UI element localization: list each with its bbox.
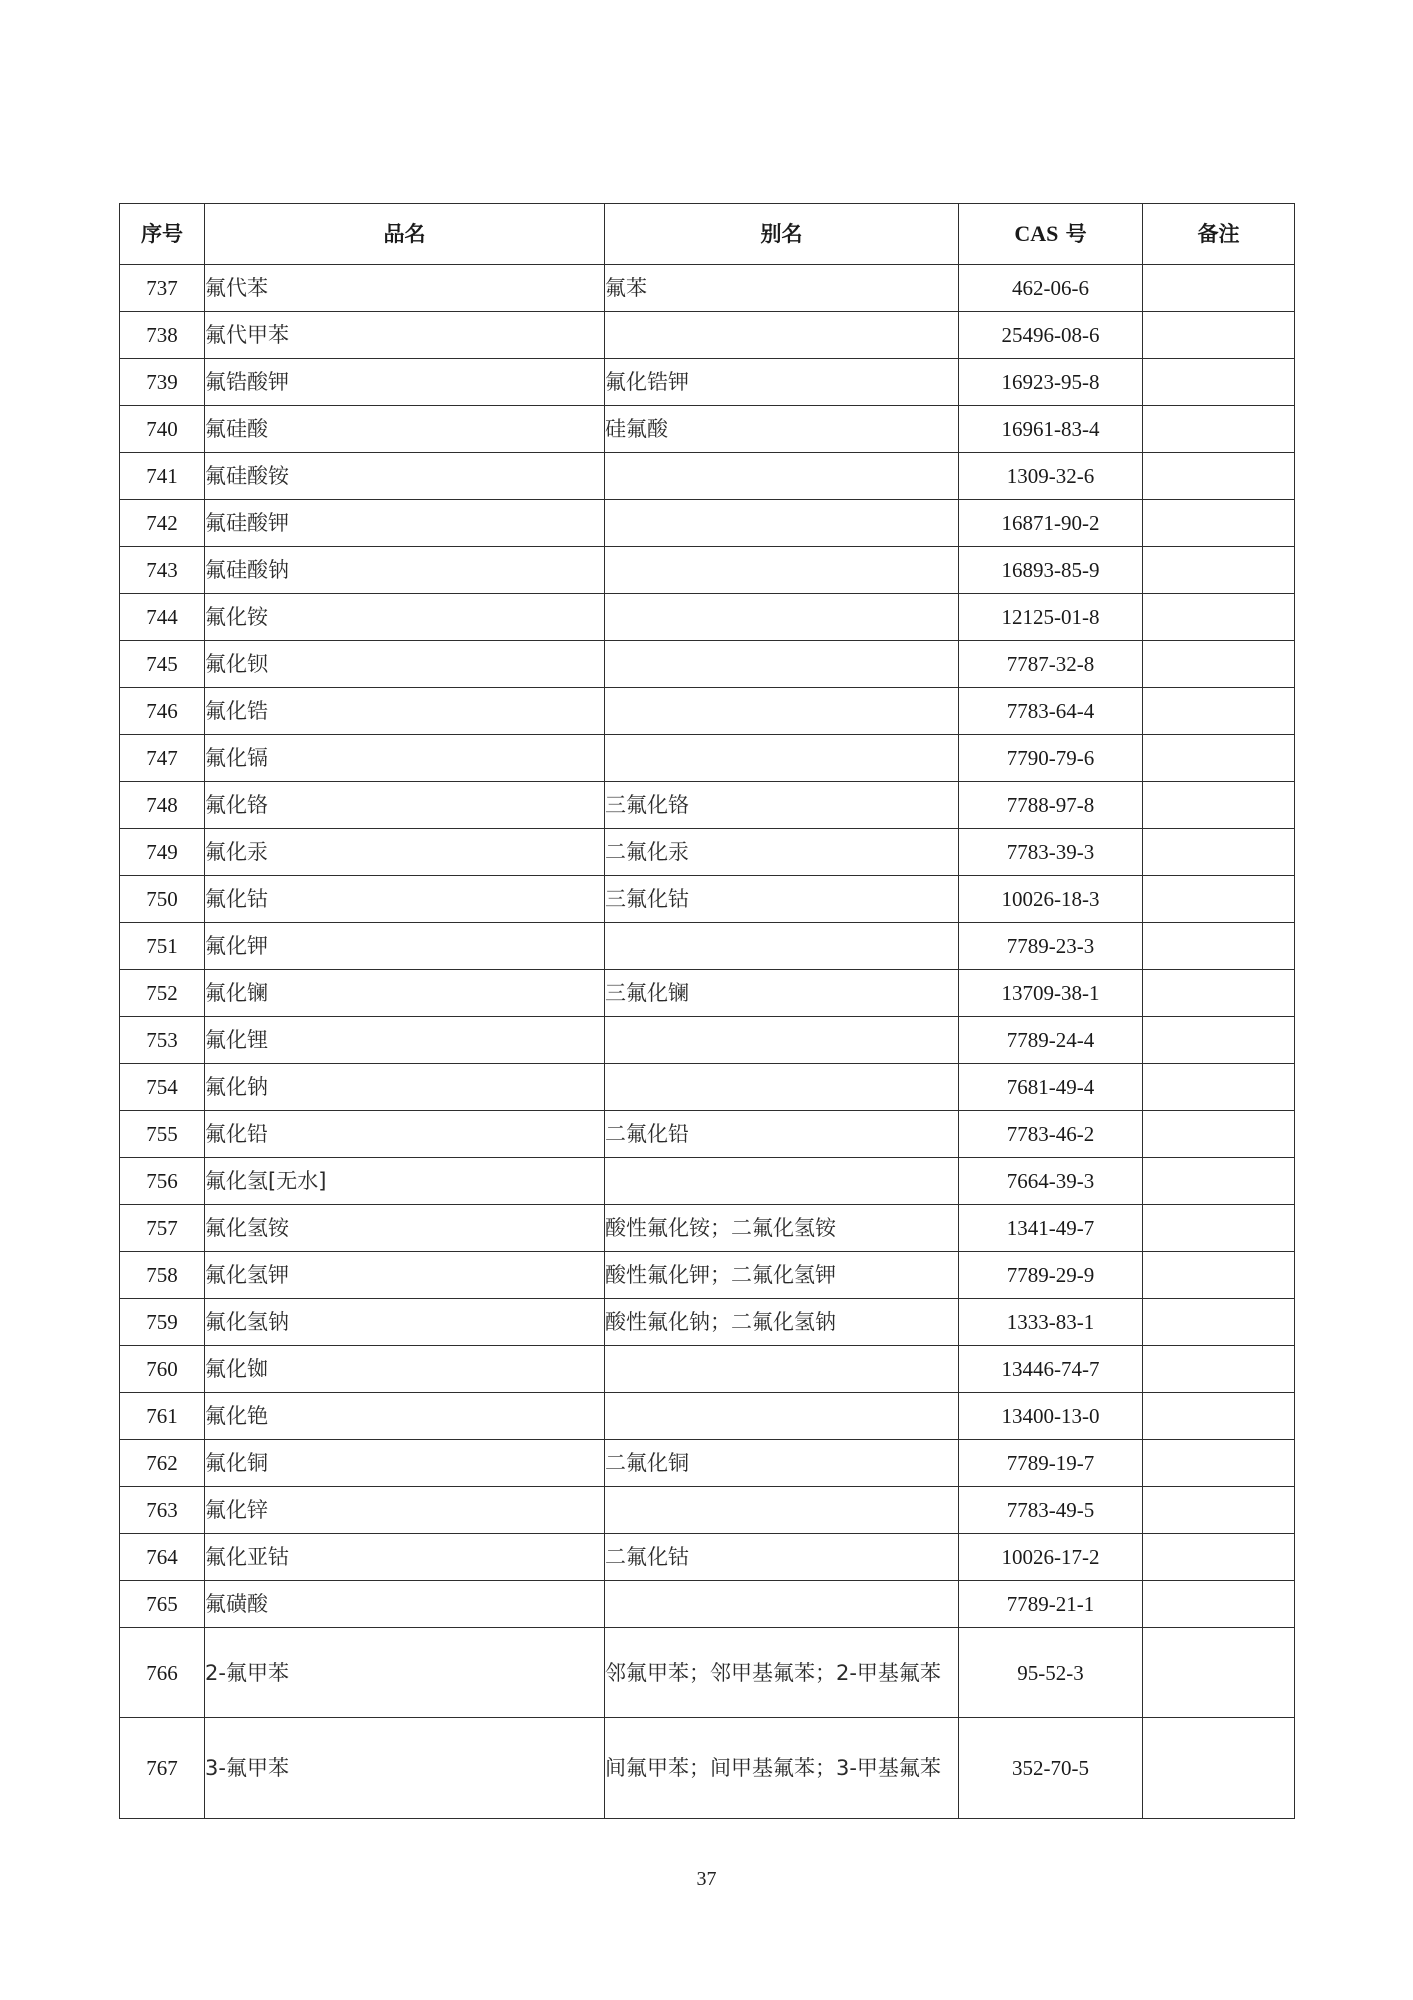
cell-note — [1143, 735, 1295, 782]
cell-cas: 1333-83-1 — [959, 1299, 1143, 1346]
table-row: 740氟硅酸硅氟酸16961-83-4 — [120, 406, 1295, 453]
document-page: 序号 品名 别名 CAS 号 备注 737氟代苯氟苯462-06-6 738氟代… — [0, 0, 1413, 2000]
cell-note — [1143, 1299, 1295, 1346]
cell-alias: 间氟甲苯；间甲基氟苯；3-甲基氟苯 — [605, 1718, 959, 1819]
cell-serial: 743 — [120, 547, 205, 594]
cell-name: 氟化氢钠 — [205, 1299, 605, 1346]
cell-cas: 1341-49-7 — [959, 1205, 1143, 1252]
cell-name: 氟化钾 — [205, 923, 605, 970]
table-row: 748氟化铬三氟化铬7788-97-8 — [120, 782, 1295, 829]
cell-serial: 738 — [120, 312, 205, 359]
cell-serial: 745 — [120, 641, 205, 688]
cell-serial: 762 — [120, 1440, 205, 1487]
header-cas-number: CAS 号 — [959, 204, 1143, 265]
cell-name: 氟锆酸钾 — [205, 359, 605, 406]
cell-note — [1143, 1111, 1295, 1158]
cell-name: 氟化钠 — [205, 1064, 605, 1111]
cell-alias — [605, 1346, 959, 1393]
table-row: 756氟化氢[无水]7664-39-3 — [120, 1158, 1295, 1205]
cell-serial: 764 — [120, 1534, 205, 1581]
cell-cas: 7789-24-4 — [959, 1017, 1143, 1064]
table-row: 742氟硅酸钾16871-90-2 — [120, 500, 1295, 547]
cell-serial: 742 — [120, 500, 205, 547]
table-row: 7662-氟甲苯邻氟甲苯；邻甲基氟苯；2-甲基氟苯95-52-3 — [120, 1628, 1295, 1718]
table-row: 753氟化锂7789-24-4 — [120, 1017, 1295, 1064]
table-row: 7673-氟甲苯间氟甲苯；间甲基氟苯；3-甲基氟苯352-70-5 — [120, 1718, 1295, 1819]
cell-note — [1143, 876, 1295, 923]
cell-name: 氟硅酸钠 — [205, 547, 605, 594]
table-row: 749氟化汞二氟化汞7783-39-3 — [120, 829, 1295, 876]
header-alias: 别名 — [605, 204, 959, 265]
cell-alias — [605, 1581, 959, 1628]
cell-cas: 13709-38-1 — [959, 970, 1143, 1017]
table-row: 764氟化亚钴二氟化钴10026-17-2 — [120, 1534, 1295, 1581]
cell-name: 氟硅酸铵 — [205, 453, 605, 500]
cell-note — [1143, 641, 1295, 688]
cell-serial: 749 — [120, 829, 205, 876]
table-row: 759氟化氢钠酸性氟化钠；二氟化氢钠1333-83-1 — [120, 1299, 1295, 1346]
cell-name: 氟化镧 — [205, 970, 605, 1017]
cell-name: 氟代苯 — [205, 265, 605, 312]
table-header-row: 序号 品名 别名 CAS 号 备注 — [120, 204, 1295, 265]
table-row: 745氟化钡7787-32-8 — [120, 641, 1295, 688]
table-body: 737氟代苯氟苯462-06-6 738氟代甲苯25496-08-6 739氟锆… — [120, 265, 1295, 1819]
cell-note — [1143, 312, 1295, 359]
cell-serial: 737 — [120, 265, 205, 312]
cell-cas: 7789-23-3 — [959, 923, 1143, 970]
cell-name: 氟化铯 — [205, 1393, 605, 1440]
cell-note — [1143, 1346, 1295, 1393]
cell-alias: 邻氟甲苯；邻甲基氟苯；2-甲基氟苯 — [605, 1628, 959, 1718]
cell-serial: 763 — [120, 1487, 205, 1534]
cell-serial: 747 — [120, 735, 205, 782]
table-row: 747氟化镉7790-79-6 — [120, 735, 1295, 782]
cell-cas: 462-06-6 — [959, 265, 1143, 312]
cell-note — [1143, 1718, 1295, 1819]
cell-name: 氟化铅 — [205, 1111, 605, 1158]
cell-serial: 754 — [120, 1064, 205, 1111]
hazardous-chemicals-table: 序号 品名 别名 CAS 号 备注 737氟代苯氟苯462-06-6 738氟代… — [119, 203, 1295, 1819]
cell-alias — [605, 312, 959, 359]
cell-cas: 16961-83-4 — [959, 406, 1143, 453]
cell-alias: 三氟化钴 — [605, 876, 959, 923]
cell-alias: 二氟化钴 — [605, 1534, 959, 1581]
table-row: 752氟化镧三氟化镧13709-38-1 — [120, 970, 1295, 1017]
cell-note — [1143, 359, 1295, 406]
cell-name: 氟化氢钾 — [205, 1252, 605, 1299]
cell-name: 氟化氢[无水] — [205, 1158, 605, 1205]
cell-serial: 746 — [120, 688, 205, 735]
header-cas-latin: CAS — [1014, 221, 1058, 246]
cell-cas: 7787-32-8 — [959, 641, 1143, 688]
cell-serial: 744 — [120, 594, 205, 641]
cell-alias — [605, 594, 959, 641]
cell-name: 氟化镉 — [205, 735, 605, 782]
cell-name: 氟化亚钴 — [205, 1534, 605, 1581]
cell-alias: 酸性氟化铵；二氟化氢铵 — [605, 1205, 959, 1252]
cell-alias: 硅氟酸 — [605, 406, 959, 453]
cell-name: 氟化铜 — [205, 1440, 605, 1487]
cell-alias: 二氟化汞 — [605, 829, 959, 876]
table-row: 738氟代甲苯25496-08-6 — [120, 312, 1295, 359]
header-cas-suffix: 号 — [1066, 222, 1087, 246]
cell-cas: 13446-74-7 — [959, 1346, 1143, 1393]
cell-name: 2-氟甲苯 — [205, 1628, 605, 1718]
cell-note — [1143, 1393, 1295, 1440]
cell-note — [1143, 1440, 1295, 1487]
cell-serial: 751 — [120, 923, 205, 970]
cell-cas: 7783-49-5 — [959, 1487, 1143, 1534]
cell-serial: 757 — [120, 1205, 205, 1252]
cell-alias — [605, 923, 959, 970]
cell-cas: 7788-97-8 — [959, 782, 1143, 829]
cell-alias — [605, 1064, 959, 1111]
cell-note — [1143, 970, 1295, 1017]
cell-alias: 三氟化镧 — [605, 970, 959, 1017]
page-number: 37 — [0, 1868, 1413, 1891]
cell-alias — [605, 735, 959, 782]
table-row: 739氟锆酸钾氟化锆钾16923-95-8 — [120, 359, 1295, 406]
header-serial-number: 序号 — [120, 204, 205, 265]
table-row: 741氟硅酸铵1309-32-6 — [120, 453, 1295, 500]
cell-note — [1143, 1205, 1295, 1252]
cell-cas: 25496-08-6 — [959, 312, 1143, 359]
cell-serial: 739 — [120, 359, 205, 406]
cell-note — [1143, 782, 1295, 829]
table-row: 754氟化钠7681-49-4 — [120, 1064, 1295, 1111]
cell-note — [1143, 406, 1295, 453]
cell-name: 氟化钡 — [205, 641, 605, 688]
table-row: 765氟磺酸7789-21-1 — [120, 1581, 1295, 1628]
table-row: 744氟化铵12125-01-8 — [120, 594, 1295, 641]
cell-note — [1143, 1581, 1295, 1628]
cell-cas: 10026-18-3 — [959, 876, 1143, 923]
cell-cas: 12125-01-8 — [959, 594, 1143, 641]
cell-cas: 16871-90-2 — [959, 500, 1143, 547]
cell-name: 3-氟甲苯 — [205, 1718, 605, 1819]
cell-note — [1143, 453, 1295, 500]
table-row: 750氟化钴三氟化钴10026-18-3 — [120, 876, 1295, 923]
cell-serial: 748 — [120, 782, 205, 829]
cell-cas: 7789-19-7 — [959, 1440, 1143, 1487]
cell-note — [1143, 829, 1295, 876]
table-row: 761氟化铯13400-13-0 — [120, 1393, 1295, 1440]
cell-note — [1143, 1487, 1295, 1534]
cell-alias — [605, 688, 959, 735]
cell-alias: 二氟化铜 — [605, 1440, 959, 1487]
table-row: 760氟化铷13446-74-7 — [120, 1346, 1295, 1393]
cell-cas: 10026-17-2 — [959, 1534, 1143, 1581]
cell-serial: 750 — [120, 876, 205, 923]
cell-name: 氟硅酸钾 — [205, 500, 605, 547]
cell-name: 氟化铬 — [205, 782, 605, 829]
cell-cas: 13400-13-0 — [959, 1393, 1143, 1440]
cell-cas: 16893-85-9 — [959, 547, 1143, 594]
cell-serial: 761 — [120, 1393, 205, 1440]
cell-name: 氟化铵 — [205, 594, 605, 641]
cell-note — [1143, 923, 1295, 970]
cell-serial: 755 — [120, 1111, 205, 1158]
cell-serial: 767 — [120, 1718, 205, 1819]
cell-name: 氟硅酸 — [205, 406, 605, 453]
cell-alias: 氟化锆钾 — [605, 359, 959, 406]
table-row: 762氟化铜二氟化铜7789-19-7 — [120, 1440, 1295, 1487]
cell-cas: 7783-64-4 — [959, 688, 1143, 735]
cell-name: 氟化汞 — [205, 829, 605, 876]
cell-cas: 7664-39-3 — [959, 1158, 1143, 1205]
cell-alias — [605, 500, 959, 547]
cell-note — [1143, 1534, 1295, 1581]
cell-serial: 759 — [120, 1299, 205, 1346]
cell-alias: 三氟化铬 — [605, 782, 959, 829]
cell-cas: 1309-32-6 — [959, 453, 1143, 500]
cell-serial: 752 — [120, 970, 205, 1017]
cell-note — [1143, 1064, 1295, 1111]
cell-note — [1143, 1158, 1295, 1205]
cell-name: 氟化锂 — [205, 1017, 605, 1064]
table-row: 755氟化铅二氟化铅7783-46-2 — [120, 1111, 1295, 1158]
cell-cas: 352-70-5 — [959, 1718, 1143, 1819]
table-row: 746氟化锆7783-64-4 — [120, 688, 1295, 735]
cell-alias: 氟苯 — [605, 265, 959, 312]
cell-alias — [605, 547, 959, 594]
cell-cas: 7789-21-1 — [959, 1581, 1143, 1628]
cell-cas: 7681-49-4 — [959, 1064, 1143, 1111]
cell-serial: 758 — [120, 1252, 205, 1299]
cell-alias — [605, 1487, 959, 1534]
cell-serial: 765 — [120, 1581, 205, 1628]
cell-alias — [605, 641, 959, 688]
header-remarks: 备注 — [1143, 204, 1295, 265]
cell-note — [1143, 1017, 1295, 1064]
cell-alias: 酸性氟化钠；二氟化氢钠 — [605, 1299, 959, 1346]
cell-serial: 753 — [120, 1017, 205, 1064]
cell-cas: 7789-29-9 — [959, 1252, 1143, 1299]
cell-note — [1143, 688, 1295, 735]
cell-cas: 7790-79-6 — [959, 735, 1143, 782]
cell-alias — [605, 1158, 959, 1205]
cell-name: 氟化锆 — [205, 688, 605, 735]
cell-cas: 7783-39-3 — [959, 829, 1143, 876]
header-product-name: 品名 — [205, 204, 605, 265]
cell-name: 氟化钴 — [205, 876, 605, 923]
cell-name: 氟化铷 — [205, 1346, 605, 1393]
cell-cas: 95-52-3 — [959, 1628, 1143, 1718]
cell-serial: 766 — [120, 1628, 205, 1718]
cell-serial: 760 — [120, 1346, 205, 1393]
cell-note — [1143, 594, 1295, 641]
cell-note — [1143, 500, 1295, 547]
cell-alias — [605, 453, 959, 500]
cell-alias — [605, 1393, 959, 1440]
table-row: 763氟化锌7783-49-5 — [120, 1487, 1295, 1534]
cell-serial: 740 — [120, 406, 205, 453]
cell-name: 氟化锌 — [205, 1487, 605, 1534]
cell-alias: 二氟化铅 — [605, 1111, 959, 1158]
cell-note — [1143, 1252, 1295, 1299]
table-row: 743氟硅酸钠16893-85-9 — [120, 547, 1295, 594]
table-row: 737氟代苯氟苯462-06-6 — [120, 265, 1295, 312]
cell-name: 氟磺酸 — [205, 1581, 605, 1628]
cell-note — [1143, 547, 1295, 594]
cell-alias — [605, 1017, 959, 1064]
table-row: 751氟化钾7789-23-3 — [120, 923, 1295, 970]
cell-note — [1143, 265, 1295, 312]
cell-cas: 16923-95-8 — [959, 359, 1143, 406]
cell-name: 氟代甲苯 — [205, 312, 605, 359]
cell-name: 氟化氢铵 — [205, 1205, 605, 1252]
table-row: 757氟化氢铵酸性氟化铵；二氟化氢铵1341-49-7 — [120, 1205, 1295, 1252]
cell-note — [1143, 1628, 1295, 1718]
cell-alias: 酸性氟化钾；二氟化氢钾 — [605, 1252, 959, 1299]
cell-serial: 741 — [120, 453, 205, 500]
cell-serial: 756 — [120, 1158, 205, 1205]
table-row: 758氟化氢钾酸性氟化钾；二氟化氢钾7789-29-9 — [120, 1252, 1295, 1299]
cell-cas: 7783-46-2 — [959, 1111, 1143, 1158]
